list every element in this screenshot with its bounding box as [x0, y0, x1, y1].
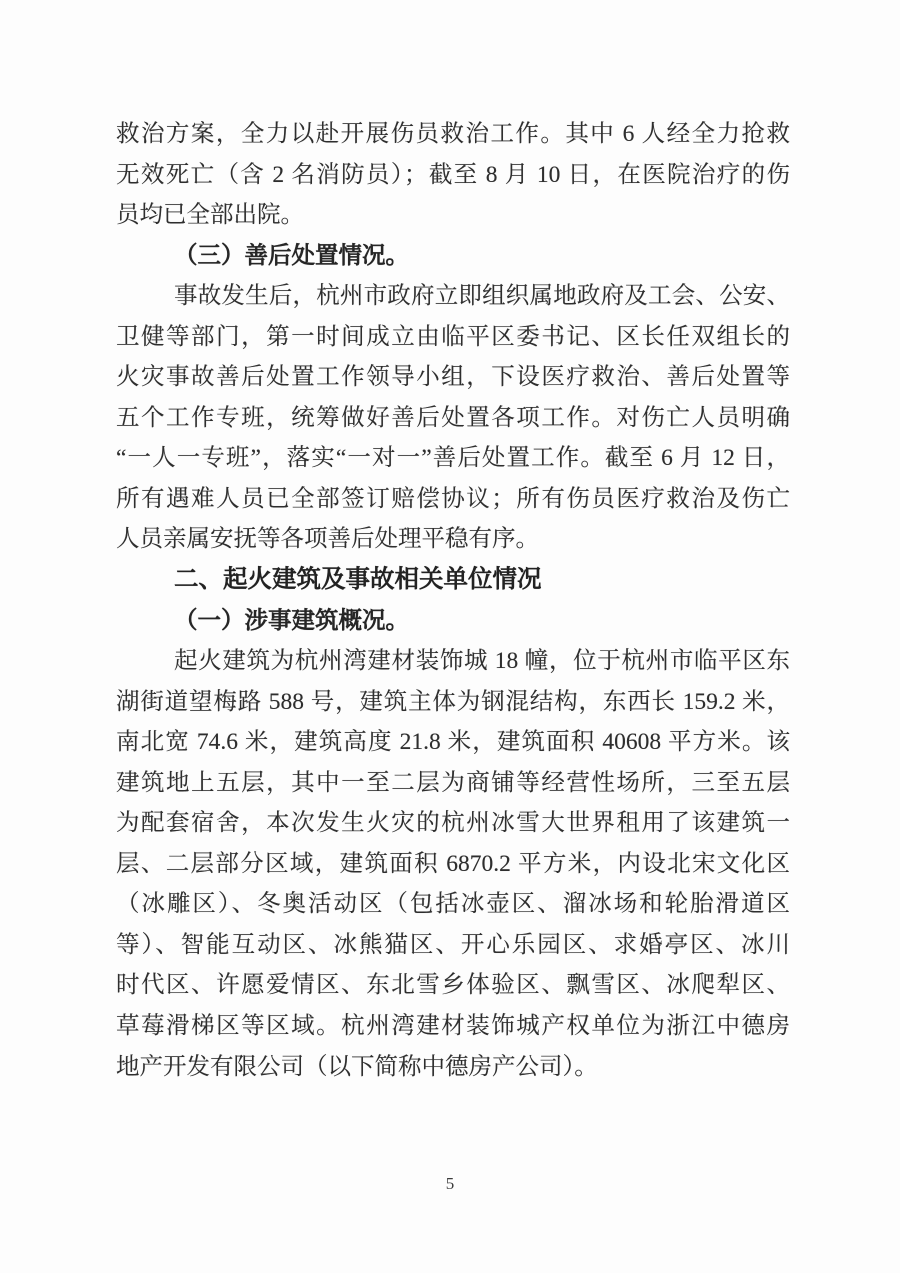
section-heading: 二、起火建筑及事故相关单位情况 [116, 560, 790, 601]
body-text-line: 为配套宿舍，本次发生火灾的杭州冰雪大世界租用了该建筑一 [116, 803, 790, 844]
document-page: 救治方案，全力以赴开展伤员救治工作。其中 6 人经全力抢救无效死亡（含 2 名消… [0, 0, 900, 1273]
document-body: 救治方案，全力以赴开展伤员救治工作。其中 6 人经全力抢救无效死亡（含 2 名消… [116, 114, 790, 1087]
body-text-line: 地产开发有限公司（以下简称中德房产公司）。 [116, 1047, 790, 1088]
body-text-line: 火灾事故善后处置工作领导小组，下设医疗救治、善后处置等 [116, 357, 790, 398]
body-text-line: 层、二层部分区域，建筑面积 6870.2 平方米，内设北宋文化区 [116, 844, 790, 885]
body-text-line: 建筑地上五层，其中一至二层为商铺等经营性场所，三至五层 [116, 763, 790, 804]
body-text-line: “一人一专班”，落实“一对一”善后处置工作。截至 6 月 12 日， [116, 438, 790, 479]
body-text-line: 等）、智能互动区、冰熊猫区、开心乐园区、求婚亭区、冰川 [116, 925, 790, 966]
body-text-line: 湖街道望梅路 588 号，建筑主体为钢混结构，东西长 159.2 米， [116, 682, 790, 723]
body-text-line: 事故发生后，杭州市政府立即组织属地政府及工会、公安、 [116, 276, 790, 317]
body-text-line: 草莓滑梯区等区域。杭州湾建材装饰城产权单位为浙江中德房 [116, 1006, 790, 1047]
body-text-line: （冰雕区）、冬奥活动区（包括冰壶区、溜冰场和轮胎滑道区 [116, 884, 790, 925]
subsection-heading: （三）善后处置情况。 [116, 236, 790, 277]
body-text-line: 无效死亡（含 2 名消防员）；截至 8 月 10 日，在医院治疗的伤 [116, 155, 790, 196]
body-text-line: 所有遇难人员已全部签订赔偿协议；所有伤员医疗救治及伤亡 [116, 479, 790, 520]
body-text-line: 人员亲属安抚等各项善后处理平稳有序。 [116, 519, 790, 560]
subsection-heading: （一）涉事建筑概况。 [116, 601, 790, 642]
body-text-line: 卫健等部门，第一时间成立由临平区委书记、区长任双组长的 [116, 317, 790, 358]
body-text-line: 起火建筑为杭州湾建材装饰城 18 幢，位于杭州市临平区东 [116, 641, 790, 682]
body-text-line: 南北宽 74.6 米，建筑高度 21.8 米，建筑面积 40608 平方米。该 [116, 722, 790, 763]
body-text-line: 救治方案，全力以赴开展伤员救治工作。其中 6 人经全力抢救 [116, 114, 790, 155]
page-number: 5 [0, 1174, 900, 1194]
body-text-line: 员均已全部出院。 [116, 195, 790, 236]
body-text-line: 时代区、许愿爱情区、东北雪乡体验区、飘雪区、冰爬犁区、 [116, 965, 790, 1006]
body-text-line: 五个工作专班，统筹做好善后处置各项工作。对伤亡人员明确 [116, 398, 790, 439]
